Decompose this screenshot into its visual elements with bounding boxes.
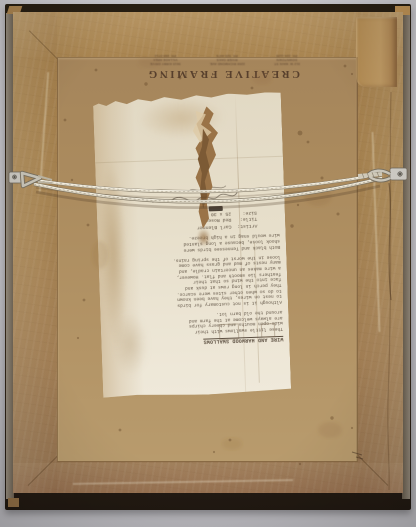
- typed-label-sheet: WIRE AND HARWOOD SWALLOWS These little s…: [93, 92, 291, 398]
- framer-stamp: CREATIVE FRAMING 312 W. MAIN ST. DOWNTOW…: [150, 54, 300, 80]
- letter-body: WIRE AND HARWOOD SWALLOWS These little s…: [96, 179, 291, 398]
- photo-of-frame-back: CREATIVE FRAMING 312 W. MAIN ST. DOWNTOW…: [0, 0, 416, 527]
- frame-side-right: [402, 13, 410, 499]
- letter-paragraph: These little swallows with their wide-op…: [110, 308, 283, 337]
- framer-stamp-addresses: 312 W. MAIN ST. DOWNTOWN PH. 224-1139 22…: [150, 54, 300, 66]
- pencil-box-mark: [219, 323, 240, 340]
- stamp-address-column: 312 W. MAIN ST. DOWNTOWN PH. 224-1139: [273, 54, 300, 66]
- tape-band-left: [13, 12, 57, 493]
- pencil-box-mark: [261, 323, 275, 337]
- letter-paragraph: Both black and Tennessee birds were shoo…: [108, 232, 280, 255]
- framer-stamp-name: CREATIVE FRAMING: [150, 68, 300, 80]
- stamp-address-column: 2208 RICHMOND AVE. RIVER OAKS PH. 528-44…: [209, 54, 245, 66]
- letter-paragraph: Although it is not customary for birds t…: [108, 253, 282, 310]
- tape-patch-top-right: [356, 17, 397, 87]
- frame-corner-bottom-left: [8, 498, 19, 507]
- handwriting-note: [144, 181, 241, 210]
- handwriting-stroke: [188, 185, 226, 191]
- upside-down-letter: WIRE AND HARWOOD SWALLOWS These little s…: [93, 92, 291, 398]
- handwriting-stroke: [152, 192, 237, 202]
- tape-band-top: [13, 12, 403, 57]
- letter-heading: WIRE AND HARWOOD SWALLOWS: [111, 336, 283, 348]
- ink-smudge: [209, 206, 223, 211]
- stamp-address-column: 5615 KIRBY DRIVE VILLAGE AREA PH. 668-07…: [150, 54, 181, 66]
- tape-band-bottom: [13, 463, 403, 493]
- artist-title-size-fields: Artist: Carl Blenner Title: Red Roses Si…: [107, 208, 258, 232]
